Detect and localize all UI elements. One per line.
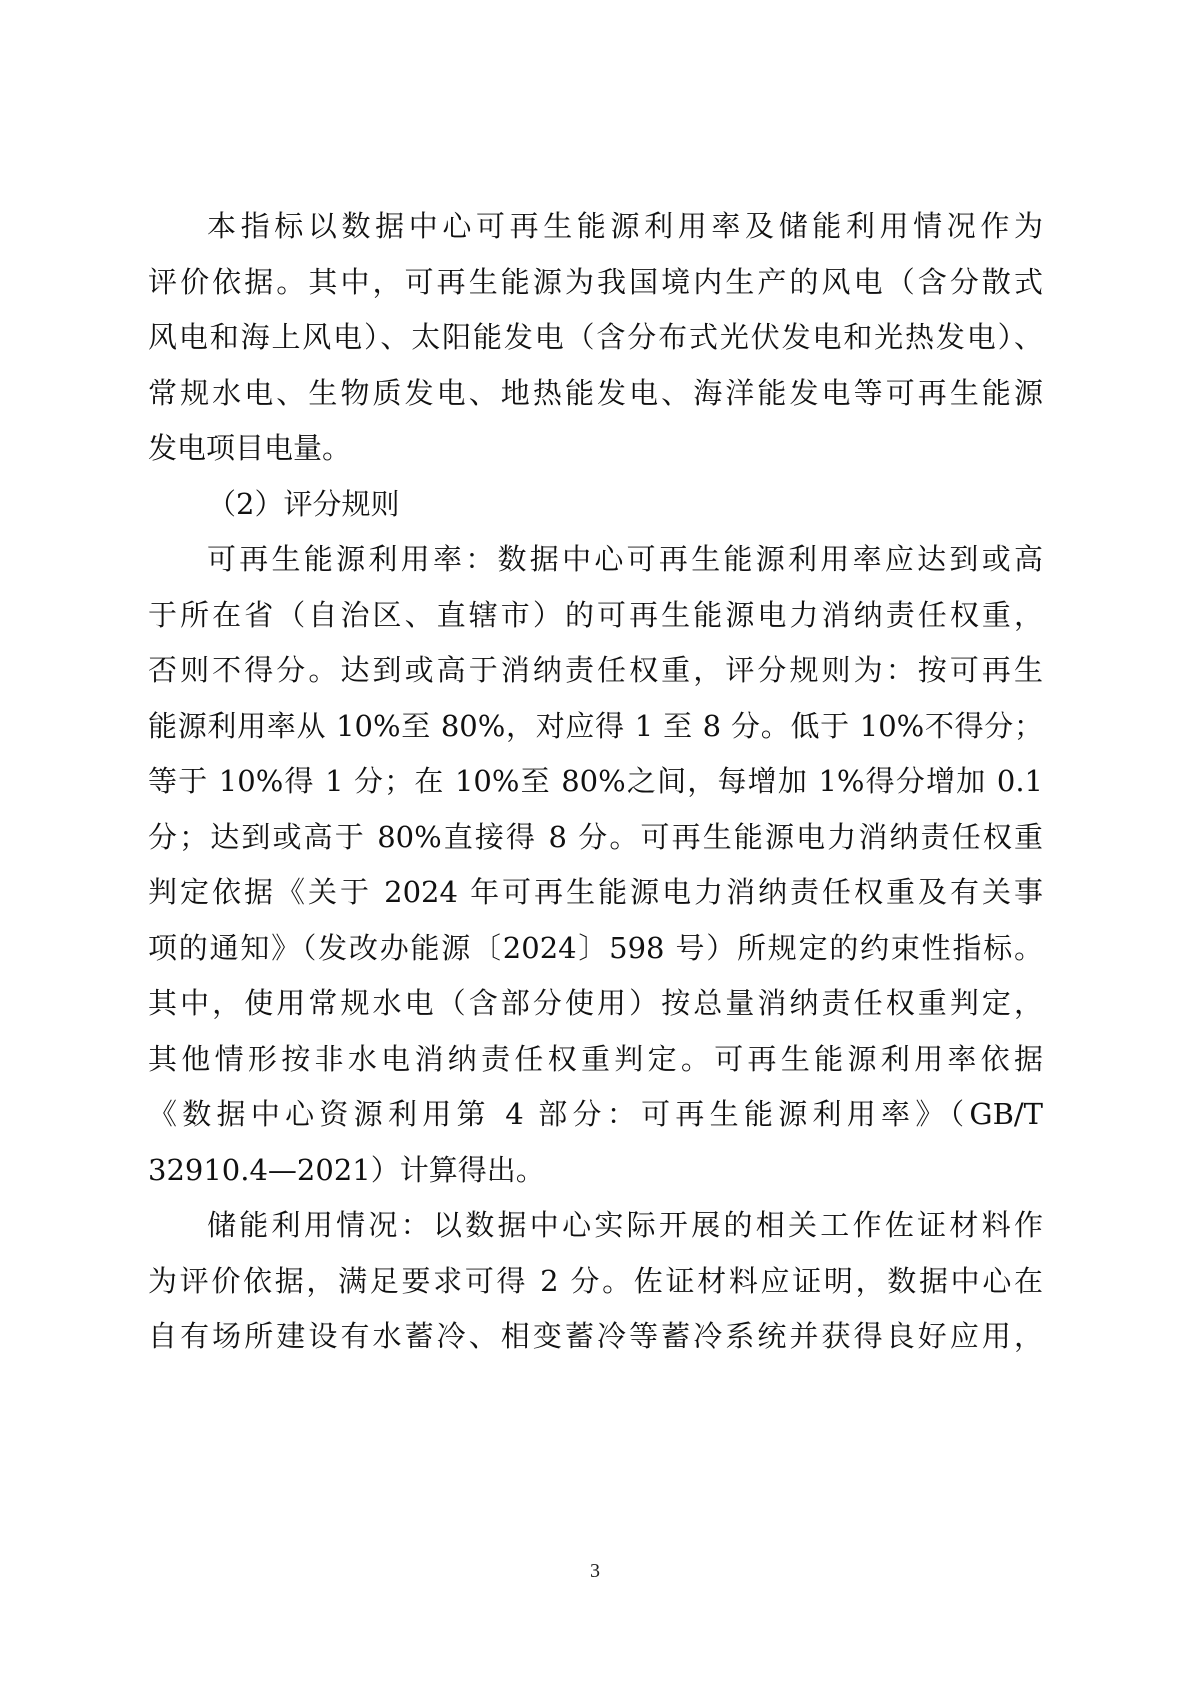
text-line: 其中，使用常规水电（含部分使用）按总量消纳责任权重判定， xyxy=(148,976,1043,1032)
text-line: 评价依据。其中，可再生能源为我国境内生产的风电（含分散式 xyxy=(148,255,1043,311)
text-line: 于所在省（自治区、直辖市）的可再生能源电力消纳责任权重， xyxy=(148,588,1043,644)
text-line: 储能利用情况：以数据中心实际开展的相关工作佐证材料作 xyxy=(148,1198,1043,1254)
document-body: 本指标以数据中心可再生能源利用率及储能利用情况作为 评价依据。其中，可再生能源为… xyxy=(148,199,1043,1365)
text-line: 《数据中心资源利用第 4 部分：可再生能源利用率》（GB/T xyxy=(148,1087,1043,1143)
text-line: 本指标以数据中心可再生能源利用率及储能利用情况作为 xyxy=(148,199,1043,255)
text-line: 判定依据《关于 2024 年可再生能源电力消纳责任权重及有关事 xyxy=(148,865,1043,921)
text-line: 项的通知》（发改办能源〔2024〕598 号）所规定的约束性指标。 xyxy=(148,921,1043,977)
section-heading-scoring-rules: （2）评分规则 xyxy=(148,477,1043,533)
text-line: 自有场所建设有水蓄冷、相变蓄冷等蓄冷系统并获得良好应用， xyxy=(148,1309,1043,1365)
text-line: 否则不得分。达到或高于消纳责任权重，评分规则为：按可再生 xyxy=(148,643,1043,699)
text-line: 风电和海上风电）、太阳能发电（含分布式光伏发电和光热发电）、 xyxy=(148,310,1043,366)
text-line: 等于 10%得 1 分；在 10%至 80%之间，每增加 1%得分增加 0.1 xyxy=(148,754,1043,810)
document-page: 本指标以数据中心可再生能源利用率及储能利用情况作为 评价依据。其中，可再生能源为… xyxy=(0,0,1190,1683)
text-line: 常规水电、生物质发电、地热能发电、海洋能发电等可再生能源 xyxy=(148,366,1043,422)
page-number: 3 xyxy=(0,1560,1190,1583)
text-line: 可再生能源利用率：数据中心可再生能源利用率应达到或高 xyxy=(148,532,1043,588)
text-line: 其他情形按非水电消纳责任权重判定。可再生能源利用率依据 xyxy=(148,1032,1043,1088)
text-line: 为评价依据，满足要求可得 2 分。佐证材料应证明，数据中心在 xyxy=(148,1254,1043,1310)
paragraph-renewable-utilization: 可再生能源利用率：数据中心可再生能源利用率应达到或高 于所在省（自治区、直辖市）… xyxy=(148,532,1043,1198)
text-line: 32910.4—2021）计算得出。 xyxy=(148,1143,1043,1199)
text-line: 分；达到或高于 80%直接得 8 分。可再生能源电力消纳责任权重 xyxy=(148,810,1043,866)
text-line: 发电项目电量。 xyxy=(148,421,1043,477)
text-line: 能源利用率从 10%至 80%，对应得 1 至 8 分。低于 10%不得分； xyxy=(148,699,1043,755)
paragraph-energy-storage: 储能利用情况：以数据中心实际开展的相关工作佐证材料作 为评价依据，满足要求可得 … xyxy=(148,1198,1043,1365)
paragraph-indicator-basis: 本指标以数据中心可再生能源利用率及储能利用情况作为 评价依据。其中，可再生能源为… xyxy=(148,199,1043,477)
